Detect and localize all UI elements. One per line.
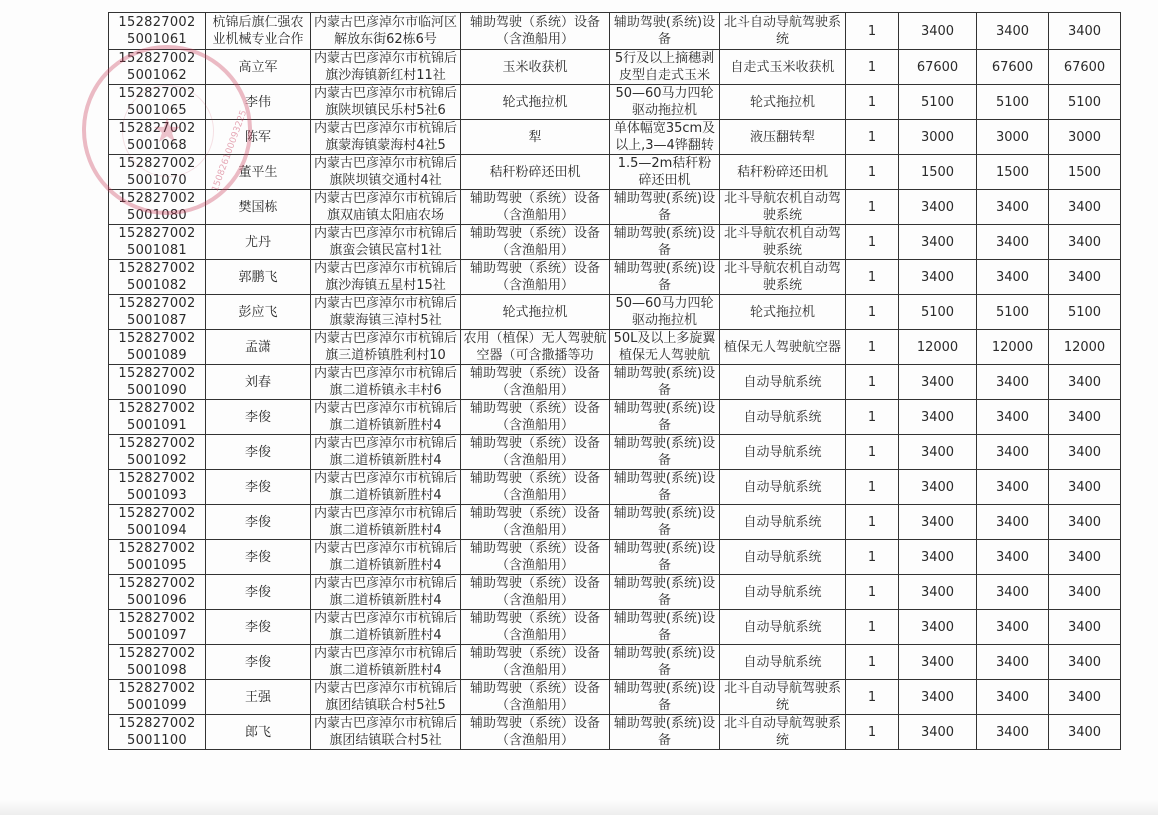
total-cell: 5100 [1049,85,1121,120]
machine-category-cell: 辅助驾驶（系统）设备（含渔船用） [461,680,610,715]
spec-cell: 辅助驾驶(系统)设备 [610,575,720,610]
subsidy-cell: 67600 [977,50,1049,85]
buyer-name-cell: 高立军 [206,50,311,85]
table-row: 1528270025001065 李伟 内蒙古巴彦淖尔市杭锦后旗陕坝镇民乐村5社… [109,85,1121,120]
unit-subsidy-cell: 3000 [899,120,977,155]
machine-category-cell: 农用（植保）无人驾驶航空器（可含撒播等功 [461,330,610,365]
unit-subsidy-cell: 3400 [899,260,977,295]
subsidy-cell: 3400 [977,715,1049,750]
model-cell: 自动导航系统 [720,610,846,645]
serial-number-cell: 1528270025001097 [109,610,206,645]
serial-number-cell: 1528270025001087 [109,295,206,330]
total-cell: 3400 [1049,645,1121,680]
model-cell: 北斗自动导航驾驶系统 [720,715,846,750]
subsidy-cell: 5100 [977,295,1049,330]
model-cell: 自动导航系统 [720,470,846,505]
unit-subsidy-cell: 67600 [899,50,977,85]
page-edge-shadow [0,800,1158,815]
total-cell: 12000 [1049,330,1121,365]
model-cell: 北斗自动导航驾驶系统 [720,680,846,715]
table-body: 1528270025001061 杭锦后旗仁强农业机械专业合作 内蒙古巴彦淖尔市… [109,13,1121,750]
unit-subsidy-cell: 3400 [899,400,977,435]
subsidy-table: 1528270025001061 杭锦后旗仁强农业机械专业合作 内蒙古巴彦淖尔市… [108,12,1121,750]
serial-number-cell: 1528270025001070 [109,155,206,190]
total-cell: 3400 [1049,715,1121,750]
unit-subsidy-cell: 3400 [899,470,977,505]
serial-number-cell: 1528270025001081 [109,225,206,260]
model-cell: 轮式拖拉机 [720,85,846,120]
buyer-name-cell: 李伟 [206,85,311,120]
subsidy-cell: 3400 [977,645,1049,680]
spec-cell: 辅助驾驶(系统)设备 [610,680,720,715]
serial-number-cell: 1528270025001094 [109,505,206,540]
subsidy-cell: 3000 [977,120,1049,155]
serial-number-cell: 1528270025001062 [109,50,206,85]
unit-subsidy-cell: 3400 [899,365,977,400]
subsidy-cell: 3400 [977,260,1049,295]
scanned-document-page: 1528270025001061 杭锦后旗仁强农业机械专业合作 内蒙古巴彦淖尔市… [0,0,1158,815]
address-cell: 内蒙古巴彦淖尔市杭锦后旗二道桥镇新胜村4 [311,435,461,470]
buyer-name-cell: 尤丹 [206,225,311,260]
subsidy-cell: 3400 [977,575,1049,610]
quantity-cell: 1 [846,85,899,120]
machine-category-cell: 辅助驾驶（系统）设备（含渔船用） [461,400,610,435]
address-cell: 内蒙古巴彦淖尔市杭锦后旗团结镇联合村5社 [311,715,461,750]
quantity-cell: 1 [846,575,899,610]
quantity-cell: 1 [846,155,899,190]
address-cell: 内蒙古巴彦淖尔市临河区解放东街62栋6号 [311,13,461,50]
model-cell: 自动导航系统 [720,575,846,610]
subsidy-cell: 3400 [977,540,1049,575]
quantity-cell: 1 [846,260,899,295]
subsidy-cell: 3400 [977,225,1049,260]
serial-number-cell: 1528270025001095 [109,540,206,575]
spec-cell: 5行及以上摘穗剥皮型自走式玉米 [610,50,720,85]
serial-number-cell: 1528270025001100 [109,715,206,750]
serial-number-cell: 1528270025001089 [109,330,206,365]
quantity-cell: 1 [846,400,899,435]
model-cell: 自动导航系统 [720,505,846,540]
quantity-cell: 1 [846,50,899,85]
table-row: 1528270025001087 彭应飞 内蒙古巴彦淖尔市杭锦后旗蒙海镇三淖村5… [109,295,1121,330]
quantity-cell: 1 [846,505,899,540]
quantity-cell: 1 [846,435,899,470]
quantity-cell: 1 [846,680,899,715]
machine-category-cell: 辅助驾驶（系统）设备（含渔船用） [461,260,610,295]
spec-cell: 辅助驾驶(系统)设备 [610,365,720,400]
buyer-name-cell: 郭鹏飞 [206,260,311,295]
total-cell: 5100 [1049,295,1121,330]
serial-number-cell: 1528270025001065 [109,85,206,120]
serial-number-cell: 1528270025001061 [109,13,206,50]
model-cell: 自走式玉米收获机 [720,50,846,85]
spec-cell: 辅助驾驶(系统)设备 [610,505,720,540]
model-cell: 自动导航系统 [720,435,846,470]
table-row: 1528270025001097 李俊 内蒙古巴彦淖尔市杭锦后旗二道桥镇新胜村4… [109,610,1121,645]
unit-subsidy-cell: 3400 [899,645,977,680]
buyer-name-cell: 董平生 [206,155,311,190]
spec-cell: 辅助驾驶(系统)设备 [610,13,720,50]
unit-subsidy-cell: 3400 [899,680,977,715]
table-row: 1528270025001100 郎飞 内蒙古巴彦淖尔市杭锦后旗团结镇联合村5社… [109,715,1121,750]
table-row: 1528270025001070 董平生 内蒙古巴彦淖尔市杭锦后旗陕坝镇交通村4… [109,155,1121,190]
quantity-cell: 1 [846,120,899,155]
address-cell: 内蒙古巴彦淖尔市杭锦后旗二道桥镇新胜村4 [311,505,461,540]
buyer-name-cell: 李俊 [206,540,311,575]
subsidy-cell: 12000 [977,330,1049,365]
subsidy-cell: 3400 [977,365,1049,400]
table-row: 1528270025001061 杭锦后旗仁强农业机械专业合作 内蒙古巴彦淖尔市… [109,13,1121,50]
spec-cell: 单体幅宽35cm及以上,3—4铧翻转 [610,120,720,155]
machine-category-cell: 辅助驾驶（系统）设备（含渔船用） [461,610,610,645]
quantity-cell: 1 [846,190,899,225]
total-cell: 3400 [1049,540,1121,575]
buyer-name-cell: 李俊 [206,505,311,540]
table-row: 1528270025001068 陈军 内蒙古巴彦淖尔市杭锦后旗蒙海镇蒙海村4社… [109,120,1121,155]
serial-number-cell: 1528270025001099 [109,680,206,715]
spec-cell: 辅助驾驶(系统)设备 [610,260,720,295]
spec-cell: 辅助驾驶(系统)设备 [610,715,720,750]
spec-cell: 辅助驾驶(系统)设备 [610,400,720,435]
unit-subsidy-cell: 3400 [899,435,977,470]
spec-cell: 辅助驾驶(系统)设备 [610,225,720,260]
total-cell: 3400 [1049,365,1121,400]
quantity-cell: 1 [846,365,899,400]
machine-category-cell: 辅助驾驶（系统）设备（含渔船用） [461,540,610,575]
quantity-cell: 1 [846,645,899,680]
unit-subsidy-cell: 3400 [899,225,977,260]
address-cell: 内蒙古巴彦淖尔市杭锦后旗二道桥镇新胜村4 [311,470,461,505]
machine-category-cell: 轮式拖拉机 [461,85,610,120]
total-cell: 3400 [1049,400,1121,435]
table-row: 1528270025001096 李俊 内蒙古巴彦淖尔市杭锦后旗二道桥镇新胜村4… [109,575,1121,610]
machine-category-cell: 辅助驾驶（系统）设备（含渔船用） [461,505,610,540]
address-cell: 内蒙古巴彦淖尔市杭锦后旗蒙海镇三淖村5社 [311,295,461,330]
quantity-cell: 1 [846,13,899,50]
total-cell: 67600 [1049,50,1121,85]
subsidy-cell: 3400 [977,13,1049,50]
buyer-name-cell: 孟潇 [206,330,311,365]
address-cell: 内蒙古巴彦淖尔市杭锦后旗二道桥镇新胜村4 [311,400,461,435]
unit-subsidy-cell: 12000 [899,330,977,365]
model-cell: 北斗导航农机自动驾驶系统 [720,190,846,225]
model-cell: 植保无人驾驶航空器 [720,330,846,365]
total-cell: 1500 [1049,155,1121,190]
table-row: 1528270025001090 刘春 内蒙古巴彦淖尔市杭锦后旗二道桥镇永丰村6… [109,365,1121,400]
model-cell: 北斗导航农机自动驾驶系统 [720,225,846,260]
buyer-name-cell: 王强 [206,680,311,715]
table-row: 1528270025001093 李俊 内蒙古巴彦淖尔市杭锦后旗二道桥镇新胜村4… [109,470,1121,505]
quantity-cell: 1 [846,330,899,365]
address-cell: 内蒙古巴彦淖尔市杭锦后旗二道桥镇新胜村4 [311,645,461,680]
address-cell: 内蒙古巴彦淖尔市杭锦后旗三道桥镇胜利村10 [311,330,461,365]
table-row: 1528270025001082 郭鹏飞 内蒙古巴彦淖尔市杭锦后旗沙海镇五星村1… [109,260,1121,295]
serial-number-cell: 1528270025001096 [109,575,206,610]
total-cell: 3000 [1049,120,1121,155]
buyer-name-cell: 樊国栋 [206,190,311,225]
machine-category-cell: 秸秆粉碎还田机 [461,155,610,190]
spec-cell: 辅助驾驶(系统)设备 [610,470,720,505]
quantity-cell: 1 [846,470,899,505]
total-cell: 3400 [1049,260,1121,295]
buyer-name-cell: 李俊 [206,575,311,610]
buyer-name-cell: 刘春 [206,365,311,400]
machine-category-cell: 辅助驾驶（系统）设备（含渔船用） [461,190,610,225]
unit-subsidy-cell: 3400 [899,575,977,610]
subsidy-cell: 5100 [977,85,1049,120]
quantity-cell: 1 [846,610,899,645]
buyer-name-cell: 杭锦后旗仁强农业机械专业合作 [206,13,311,50]
spec-cell: 50L及以上多旋翼植保无人驾驶航 [610,330,720,365]
machine-category-cell: 辅助驾驶（系统）设备（含渔船用） [461,645,610,680]
model-cell: 自动导航系统 [720,540,846,575]
spec-cell: 50—60马力四轮驱动拖拉机 [610,85,720,120]
model-cell: 轮式拖拉机 [720,295,846,330]
unit-subsidy-cell: 3400 [899,505,977,540]
spec-cell: 辅助驾驶(系统)设备 [610,645,720,680]
total-cell: 3400 [1049,470,1121,505]
machine-category-cell: 辅助驾驶（系统）设备（含渔船用） [461,365,610,400]
buyer-name-cell: 彭应飞 [206,295,311,330]
buyer-name-cell: 李俊 [206,610,311,645]
unit-subsidy-cell: 5100 [899,85,977,120]
serial-number-cell: 1528270025001080 [109,190,206,225]
spec-cell: 辅助驾驶(系统)设备 [610,190,720,225]
address-cell: 内蒙古巴彦淖尔市杭锦后旗陕坝镇民乐村5社6 [311,85,461,120]
buyer-name-cell: 李俊 [206,400,311,435]
table-row: 1528270025001080 樊国栋 内蒙古巴彦淖尔市杭锦后旗双庙镇太阳庙农… [109,190,1121,225]
total-cell: 3400 [1049,505,1121,540]
subsidy-cell: 3400 [977,505,1049,540]
address-cell: 内蒙古巴彦淖尔市杭锦后旗二道桥镇新胜村4 [311,610,461,645]
model-cell: 液压翻转犁 [720,120,846,155]
model-cell: 自动导航系统 [720,400,846,435]
machine-category-cell: 辅助驾驶（系统）设备（含渔船用） [461,435,610,470]
serial-number-cell: 1528270025001068 [109,120,206,155]
total-cell: 3400 [1049,680,1121,715]
address-cell: 内蒙古巴彦淖尔市杭锦后旗双庙镇太阳庙农场 [311,190,461,225]
table-row: 1528270025001091 李俊 内蒙古巴彦淖尔市杭锦后旗二道桥镇新胜村4… [109,400,1121,435]
subsidy-cell: 3400 [977,680,1049,715]
address-cell: 内蒙古巴彦淖尔市杭锦后旗陕坝镇交通村4社 [311,155,461,190]
spec-cell: 辅助驾驶(系统)设备 [610,540,720,575]
buyer-name-cell: 李俊 [206,435,311,470]
machine-category-cell: 玉米收获机 [461,50,610,85]
total-cell: 3400 [1049,13,1121,50]
total-cell: 3400 [1049,575,1121,610]
spec-cell: 50—60马力四轮驱动拖拉机 [610,295,720,330]
model-cell: 北斗导航农机自动驾驶系统 [720,260,846,295]
table-row: 1528270025001099 王强 内蒙古巴彦淖尔市杭锦后旗团结镇联合村5社… [109,680,1121,715]
table-row: 1528270025001092 李俊 内蒙古巴彦淖尔市杭锦后旗二道桥镇新胜村4… [109,435,1121,470]
total-cell: 3400 [1049,225,1121,260]
machine-category-cell: 辅助驾驶（系统）设备（含渔船用） [461,470,610,505]
model-cell: 自动导航系统 [720,645,846,680]
serial-number-cell: 1528270025001093 [109,470,206,505]
serial-number-cell: 1528270025001091 [109,400,206,435]
address-cell: 内蒙古巴彦淖尔市杭锦后旗二道桥镇新胜村4 [311,540,461,575]
table-row: 1528270025001081 尤丹 内蒙古巴彦淖尔市杭锦后旗蛮会镇民富村1社… [109,225,1121,260]
spec-cell: 1.5—2m秸秆粉碎还田机 [610,155,720,190]
model-cell: 北斗自动导航驾驶系统 [720,13,846,50]
unit-subsidy-cell: 3400 [899,610,977,645]
serial-number-cell: 1528270025001082 [109,260,206,295]
table-row: 1528270025001094 李俊 内蒙古巴彦淖尔市杭锦后旗二道桥镇新胜村4… [109,505,1121,540]
address-cell: 内蒙古巴彦淖尔市杭锦后旗沙海镇新红村11社 [311,50,461,85]
buyer-name-cell: 陈军 [206,120,311,155]
quantity-cell: 1 [846,225,899,260]
spec-cell: 辅助驾驶(系统)设备 [610,610,720,645]
subsidy-cell: 3400 [977,190,1049,225]
subsidy-cell: 3400 [977,470,1049,505]
machine-category-cell: 犁 [461,120,610,155]
machine-category-cell: 辅助驾驶（系统）设备（含渔船用） [461,575,610,610]
quantity-cell: 1 [846,295,899,330]
table-row: 1528270025001062 高立军 内蒙古巴彦淖尔市杭锦后旗沙海镇新红村1… [109,50,1121,85]
unit-subsidy-cell: 3400 [899,540,977,575]
unit-subsidy-cell: 3400 [899,13,977,50]
subsidy-cell: 1500 [977,155,1049,190]
address-cell: 内蒙古巴彦淖尔市杭锦后旗蛮会镇民富村1社 [311,225,461,260]
serial-number-cell: 1528270025001090 [109,365,206,400]
table-row: 1528270025001098 李俊 内蒙古巴彦淖尔市杭锦后旗二道桥镇新胜村4… [109,645,1121,680]
machine-category-cell: 轮式拖拉机 [461,295,610,330]
buyer-name-cell: 李俊 [206,645,311,680]
serial-number-cell: 1528270025001092 [109,435,206,470]
quantity-cell: 1 [846,715,899,750]
address-cell: 内蒙古巴彦淖尔市杭锦后旗蒙海镇蒙海村4社5 [311,120,461,155]
unit-subsidy-cell: 3400 [899,190,977,225]
subsidy-cell: 3400 [977,400,1049,435]
total-cell: 3400 [1049,610,1121,645]
total-cell: 3400 [1049,190,1121,225]
unit-subsidy-cell: 3400 [899,715,977,750]
machine-category-cell: 辅助驾驶（系统）设备（含渔船用） [461,13,610,50]
serial-number-cell: 1528270025001098 [109,645,206,680]
address-cell: 内蒙古巴彦淖尔市杭锦后旗二道桥镇永丰村6 [311,365,461,400]
unit-subsidy-cell: 1500 [899,155,977,190]
quantity-cell: 1 [846,540,899,575]
model-cell: 自动导航系统 [720,365,846,400]
table-row: 1528270025001089 孟潇 内蒙古巴彦淖尔市杭锦后旗三道桥镇胜利村1… [109,330,1121,365]
address-cell: 内蒙古巴彦淖尔市杭锦后旗沙海镇五星村15社 [311,260,461,295]
spec-cell: 辅助驾驶(系统)设备 [610,435,720,470]
buyer-name-cell: 郎飞 [206,715,311,750]
address-cell: 内蒙古巴彦淖尔市杭锦后旗团结镇联合村5社5 [311,680,461,715]
subsidy-cell: 3400 [977,435,1049,470]
subsidy-cell: 3400 [977,610,1049,645]
table-row: 1528270025001095 李俊 内蒙古巴彦淖尔市杭锦后旗二道桥镇新胜村4… [109,540,1121,575]
machine-category-cell: 辅助驾驶（系统）设备（含渔船用） [461,225,610,260]
model-cell: 秸秆粉碎还田机 [720,155,846,190]
total-cell: 3400 [1049,435,1121,470]
address-cell: 内蒙古巴彦淖尔市杭锦后旗二道桥镇新胜村4 [311,575,461,610]
buyer-name-cell: 李俊 [206,470,311,505]
unit-subsidy-cell: 5100 [899,295,977,330]
machine-category-cell: 辅助驾驶（系统）设备（含渔船用） [461,715,610,750]
